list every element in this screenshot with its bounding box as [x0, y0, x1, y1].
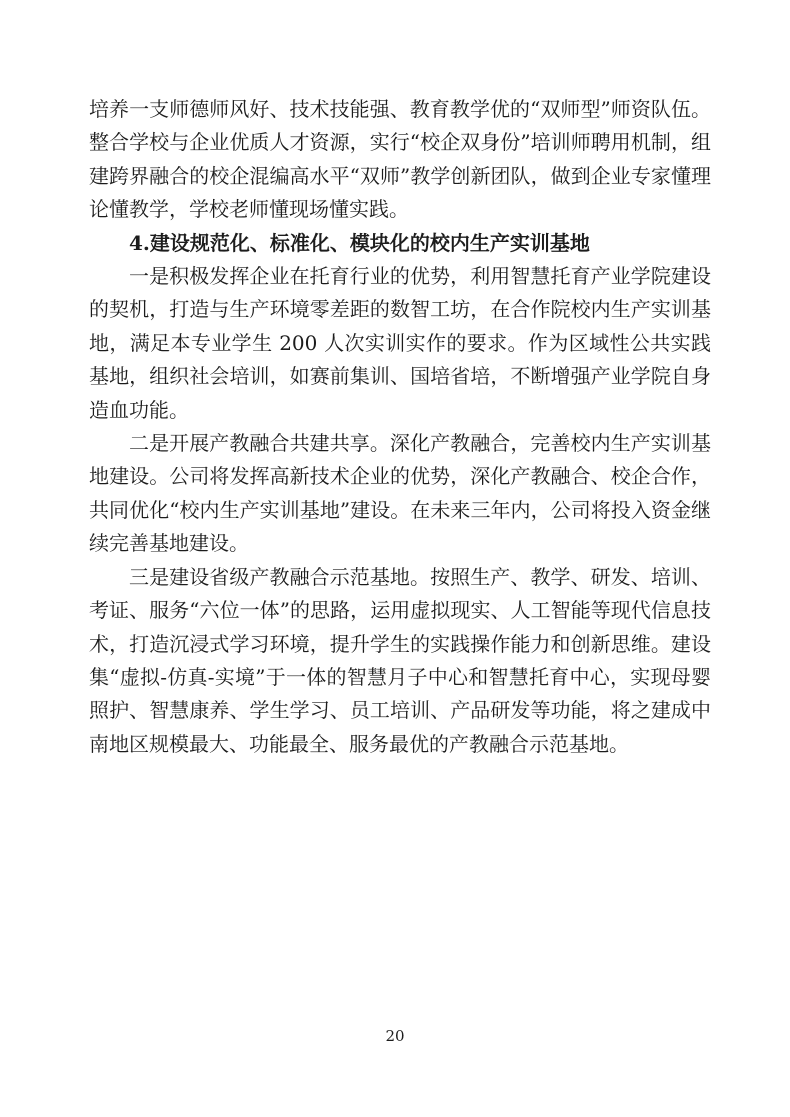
section-heading-4-training-base: 4.建设规范化、标准化、模块化的校内生产实训基地 — [89, 227, 711, 260]
paragraph-point-1-enterprise-advantage: 一是积极发挥企业在托育行业的优势，利用智慧托育产业学院建设的契机，打造与生产环境… — [89, 260, 711, 427]
document-body: 培养一支师德师风好、技术技能强、教育教学优的“双师型”师资队伍。整合学校与企业优… — [89, 93, 711, 761]
paragraph-point-2-industry-education-integration: 二是开展产教融合共建共享。深化产教融合，完善校内生产实训基地建设。公司将发挥高新… — [89, 427, 711, 561]
page-number: 20 — [385, 1027, 404, 1045]
paragraph-teacher-team-continuation: 培养一支师德师风好、技术技能强、教育教学优的“双师型”师资队伍。整合学校与企业优… — [89, 93, 711, 227]
document-page: 培养一支师德师风好、技术技能强、教育教学优的“双师型”师资队伍。整合学校与企业优… — [0, 0, 790, 1117]
page-footer: 20 — [0, 1026, 790, 1045]
paragraph-point-3-provincial-demonstration-base: 三是建设省级产教融合示范基地。按照生产、教学、研发、培训、考证、服务“六位一体”… — [89, 561, 711, 761]
